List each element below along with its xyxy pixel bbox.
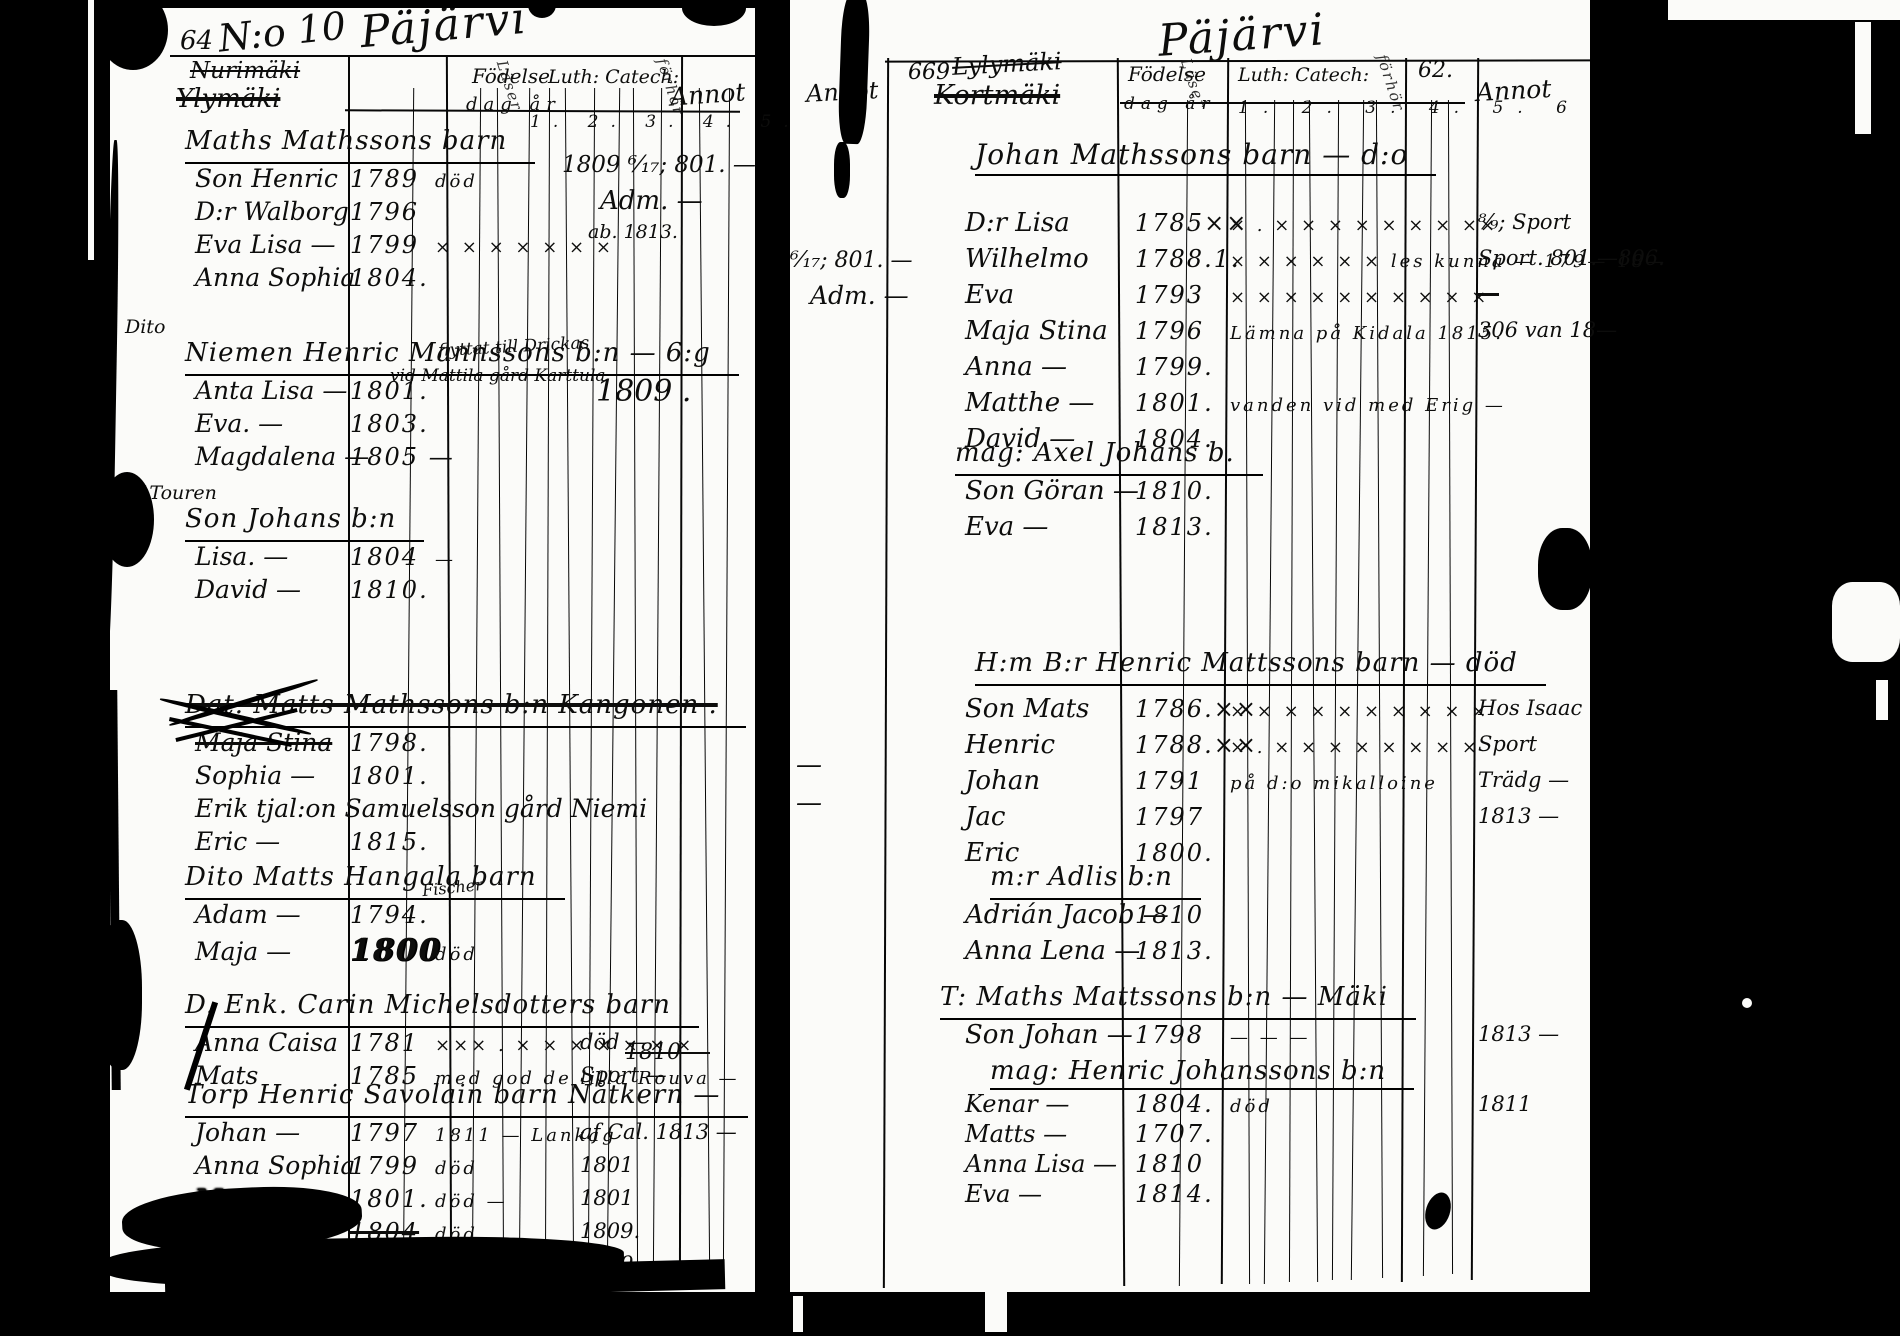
row-annotation: 1809. <box>580 1219 790 1243</box>
person-name: Eva. — <box>110 409 350 438</box>
annotation-column-header: Annot <box>669 77 746 111</box>
person-name: Anna Lena — <box>790 936 1135 966</box>
person-name: Maja Stina <box>790 316 1135 346</box>
birth-year: 1793 <box>1135 281 1230 309</box>
birth-year: 1786.×× <box>1135 695 1230 723</box>
register-row: Eva1793× × × × × × × × × ×— <box>790 280 1590 316</box>
birth-year: 1788.1. <box>1135 245 1230 273</box>
house-name-struck: Kortmäki <box>934 80 1060 111</box>
marriage-note: Erik tjal:on Samuelsson gård Niemi <box>110 794 350 823</box>
register-row: Anta Lisa —1801. <box>110 376 755 409</box>
register-row: Maja —1800död <box>110 933 755 966</box>
register-row: Maja Stina1796Lämna på Kidala 1815.306 v… <box>790 316 1590 352</box>
row-annotation: ⁸⁄₉; Sport <box>1478 210 1596 234</box>
group-heading: T: Maths Mattssons b:n — Mäki <box>940 982 1416 1020</box>
row-annotation: 1813 — <box>1478 804 1596 828</box>
person-name: Johan — <box>110 1118 350 1147</box>
person-name: Eva <box>790 280 1135 310</box>
register-row: Anna —1799. <box>790 352 1590 388</box>
scan-artifact <box>1742 998 1752 1008</box>
register-row: Son Mats1786.××× × × × × × × × × ×Hos Is… <box>790 694 1590 730</box>
row-note: Lämna på Kidala 1815. <box>1230 323 1504 344</box>
person-name: Adrián Jacob — <box>790 900 1135 930</box>
birth-year: 1798 <box>1135 1021 1230 1049</box>
birth-year: 1810. <box>1135 477 1230 505</box>
row-note: — <box>435 549 456 570</box>
person-name: Anna Lisa — <box>790 1150 1135 1178</box>
left-page: 64 N:o 10 Päjärvi Nurimäki Ylymäki Födel… <box>110 0 755 1292</box>
row-note: — — — <box>1230 1027 1310 1048</box>
scan-artifact <box>985 1292 1007 1332</box>
row-annotation-struck: — <box>1478 282 1596 306</box>
birth-year: 1794. <box>350 901 435 929</box>
register-row: Matts —1707. <box>790 1120 1590 1150</box>
family-group: Maths Mathssons barn Son Henric1789död D… <box>110 126 755 296</box>
group-heading: m:r Adlis b:n <box>990 862 1201 900</box>
birth-year: 1799 <box>350 1152 435 1180</box>
register-row: Wilhelmo1788.1.× × × × × × les kunna — 1… <box>790 244 1590 280</box>
register-row: Sophia —1801. <box>110 761 755 794</box>
person-name: Eva — <box>790 512 1135 542</box>
birth-year: 1801. <box>350 377 435 405</box>
scan-artifact <box>1876 680 1888 720</box>
group-heading: Torp Henric Savolain barn Nåtkern — <box>185 1080 748 1118</box>
register-row: Henric1788.××× . × × × × × × × ×Sport <box>790 730 1590 766</box>
person-name: Magdalena — <box>110 442 350 471</box>
register-row: Matthe —1801.vanden vid med Erig — <box>790 388 1590 424</box>
house-name-struck: Nurimäki <box>190 58 300 84</box>
ink-smudge <box>98 0 168 70</box>
row-note: vanden vid med Erig — <box>1230 395 1506 416</box>
row-note: × . × × × × × × × × <box>1230 737 1480 758</box>
ink-smudge <box>100 472 154 567</box>
person-name: Son Göran — <box>790 476 1135 506</box>
birth-year: 1797 <box>1135 803 1230 831</box>
family-group: m:r Adlis b:n Adrián Jacob —1810 Anna Le… <box>790 862 1590 972</box>
scan-artifact <box>88 0 94 260</box>
birth-year-blotted: 1800 <box>350 933 435 968</box>
row-note: död <box>435 1158 478 1179</box>
person-name: Maja — <box>110 937 350 966</box>
group-heading: mag: Henric Johanssons b:n <box>990 1056 1414 1090</box>
person-name: Henric <box>790 730 1135 760</box>
row-annotation: 1801 <box>580 1186 790 1210</box>
person-name: Wilhelmo <box>790 244 1135 274</box>
ink-smudge <box>1538 528 1592 610</box>
person-name: Jac <box>790 802 1135 832</box>
register-row: Kenar —1804.död1811 <box>790 1090 1590 1120</box>
page-number: N:o 10 <box>216 3 348 60</box>
register-row: Magdalena —1805 — <box>110 442 755 475</box>
birth-year: 1810. <box>350 576 435 604</box>
birth-year: 1804. <box>1135 1090 1230 1118</box>
row-annotation: 1813 — <box>1478 1022 1596 1046</box>
register-row: Anna Sophia1804. <box>110 263 755 296</box>
person-name: David — <box>110 575 350 604</box>
person-name: D:r Lisa <box>790 208 1135 238</box>
family-group: H:m B:r Henric Mattssons barn — död Son … <box>790 648 1590 874</box>
scan-artifact <box>1855 22 1871 134</box>
village-title: Päjärvi <box>358 0 530 58</box>
register-row: Eva. —1803. <box>110 409 755 442</box>
row-annotation: 1811 <box>1478 1092 1596 1116</box>
house-name-struck: Lylymäki <box>951 47 1062 81</box>
birth-year: 1801. <box>350 1185 435 1213</box>
ink-smudge <box>834 142 850 198</box>
register-row: Johan1791på d:o mikalloineTrädg — <box>790 766 1590 802</box>
group-heading: Dito Matts Hangala barn <box>185 862 565 900</box>
register-row: Anna Sophia1799död1801 <box>110 1151 755 1184</box>
person-name: D:r Walborg <box>110 197 350 226</box>
row-annotation: af Cal. 1813 — <box>580 1120 790 1144</box>
village-title: Päjärvi <box>1156 4 1327 67</box>
register-row: Eva —1814. <box>790 1180 1590 1210</box>
register-row: Anna Lena —1813. <box>790 936 1590 972</box>
birth-year: 1799. <box>1135 353 1230 381</box>
person-name: Matts — <box>790 1120 1135 1148</box>
register-row: Erik tjal:on Samuelsson gård Niemi <box>110 794 755 827</box>
person-name: Sophia — <box>110 761 350 790</box>
birth-year: 1799 <box>350 231 435 259</box>
register-row: D:r Walborg1796 <box>110 197 755 230</box>
family-group: Dito Matts Hangala barn Adam —1794. Maja… <box>110 862 755 966</box>
birth-year: 1801. <box>1135 389 1230 417</box>
row-annotation: Sport. 801.—806. <box>1478 246 1596 270</box>
row-note: död — <box>435 1191 508 1212</box>
ink-smudge <box>98 920 142 1070</box>
family-group: Johan Mathssons barn — d:o D:r Lisa1785×… <box>790 138 1590 460</box>
birth-year: 1814. <box>1135 1180 1230 1208</box>
person-name: Adam — <box>110 900 350 929</box>
birth-year: 1804. <box>350 264 435 292</box>
birth-year: 1707. <box>1135 1120 1230 1148</box>
family-group: mag: Henric Johanssons b:n Kenar —1804.d… <box>790 1056 1590 1210</box>
row-annotation: 1801 <box>580 1153 790 1177</box>
row-note: död <box>1230 1096 1273 1117</box>
register-row: Johan —17971811 — Lankagaf Cal. 1813 — <box>110 1118 755 1151</box>
birth-year: 1801. <box>350 762 435 790</box>
group-prefix: Dito <box>125 316 755 338</box>
person-name: Anna Sophia <box>110 263 350 292</box>
person-name: Johan <box>790 766 1135 796</box>
row-annotation: Sport <box>1478 732 1596 756</box>
birth-year: 1781 <box>350 1029 435 1057</box>
register-row: David —1810. <box>110 575 755 608</box>
register-row: Son Henric1789död <box>110 164 755 197</box>
register-row: D:r Lisa1785××× . × × × × × × × ××⁸⁄₉; S… <box>790 208 1590 244</box>
group-heading: Johan Mathssons barn — d:o <box>975 138 1436 176</box>
scan-artifact <box>1668 0 1900 20</box>
family-group: T: Maths Mattssons b:n — Mäki Son Johan … <box>790 982 1590 1056</box>
group-heading: H:m B:r Henric Mattssons barn — död <box>975 648 1546 686</box>
birth-year: 1805 — <box>350 443 435 471</box>
birth-year: 1785×× <box>1135 209 1230 237</box>
house-name-struck: Ylymäki <box>176 84 280 114</box>
page-corner-mark: 62. <box>1418 58 1453 83</box>
annotation-column-header: Annot <box>1475 74 1552 107</box>
row-note: × × × × × × × × × × <box>1230 287 1489 308</box>
group-heading: D. Enk. Carin Michelsdotters barn <box>185 990 699 1028</box>
family-group: mag: Axel Johans b. Son Göran —1810. Eva… <box>790 438 1590 548</box>
person-name: Eva Lisa — <box>110 230 350 259</box>
row-note: död <box>435 944 478 965</box>
register-row: Jac17971813 — <box>790 802 1590 838</box>
row-annotation: död — <box>580 1030 790 1054</box>
scan-artifact <box>1832 582 1900 662</box>
family-group: D. Enk. Carin Michelsdotters barn Anna C… <box>110 990 755 1094</box>
birth-year: 1796 <box>350 198 435 226</box>
person-name: Son Henric <box>110 164 350 193</box>
birth-year: 1798. <box>350 729 435 757</box>
register-row: Anna Lisa —1810 <box>790 1150 1590 1180</box>
family-group: af Touren Son Johans b:n Lisa. —1804— Da… <box>110 482 755 608</box>
birth-year: 1810 <box>1135 901 1230 929</box>
person-name: Eva — <box>790 1180 1135 1208</box>
birth-year: 1813. <box>1135 937 1230 965</box>
person-name: Anta Lisa — <box>110 376 350 405</box>
person-name: Eric — <box>110 827 350 856</box>
catechism-column-header: Luth: Catech: <box>1238 64 1369 86</box>
birth-year: 1788.×× <box>1135 731 1230 759</box>
birth-year: 1796 <box>1135 317 1230 345</box>
person-name: Son Johan — <box>790 1020 1135 1050</box>
row-note: död <box>435 171 478 192</box>
birth-year: 1797 <box>350 1119 435 1147</box>
register-row: Eric —1815. <box>110 827 755 860</box>
family-group: Dito Niemen Henric Mannssons b:n — 6:g A… <box>110 316 755 475</box>
birth-year: 1803. <box>350 410 435 438</box>
register-row: Lisa. —1804— <box>110 542 755 575</box>
register-row: Adam —1794. <box>110 900 755 933</box>
register-row: Son Göran —1810. <box>790 476 1590 512</box>
right-page: Annot 669 Lylymäki Kortmäki Päjärvi Föde… <box>790 0 1590 1292</box>
row-note: på d:o mikalloine <box>1230 773 1438 794</box>
row-note: × . × × × × × × × ×× <box>1230 215 1498 236</box>
row-annotation: Trädg — <box>1478 768 1596 792</box>
birth-year: 1810 <box>1135 1150 1230 1178</box>
register-row: Eva —1813. <box>790 512 1590 548</box>
scan-artifact <box>793 1296 803 1332</box>
row-annotation: 306 van 18— <box>1478 318 1596 342</box>
birth-year: 1804 <box>350 543 435 571</box>
birth-year: 1789 <box>350 165 435 193</box>
person-name: Matthe — <box>790 388 1135 418</box>
page-corner-mark: 64 <box>180 26 213 56</box>
birth-year: 1815. <box>350 828 435 856</box>
group-heading: Son Johans b:n <box>185 504 424 542</box>
birth-year: 1813. <box>1135 513 1230 541</box>
person-name: Anna — <box>790 352 1135 382</box>
person-name: Anna Sophia <box>110 1151 350 1180</box>
group-prefix: af Touren <box>125 482 755 504</box>
person-name: Anna Caisa <box>110 1028 350 1057</box>
group-heading: mag: Axel Johans b. <box>955 438 1263 476</box>
register-row: Eva Lisa —1799× × × × × × × <box>110 230 755 263</box>
birth-year: 1791 <box>1135 767 1230 795</box>
register-row: Adrián Jacob —1810 <box>790 900 1590 936</box>
group-heading: Niemen Henric Mannssons b:n — 6:g <box>185 338 739 376</box>
register-row: Son Johan —1798— — —1813 — <box>790 1020 1590 1056</box>
group-heading: Maths Mathssons barn <box>185 126 535 164</box>
row-note: × × × × × × × × × × <box>1230 701 1489 722</box>
person-name: Son Mats <box>790 694 1135 724</box>
row-annotation: Hos Isaac <box>1478 696 1596 720</box>
person-name: Kenar — <box>790 1090 1135 1118</box>
ink-smudge <box>837 0 870 144</box>
row-note: × × × × × × × <box>435 237 614 258</box>
scan-edge <box>0 0 760 8</box>
